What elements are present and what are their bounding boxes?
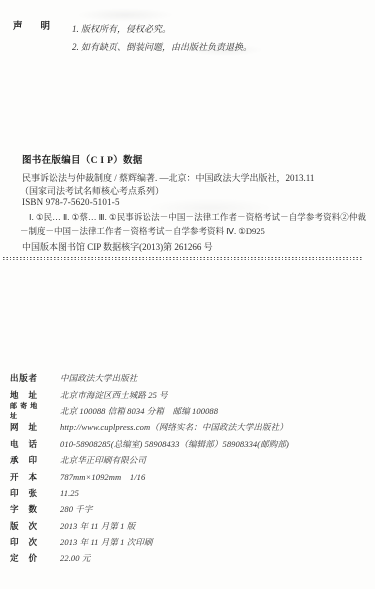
row-value: 11.25 xyxy=(60,488,79,498)
row-value: 北京 100088 信箱 8034 分箱 邮编 100088 xyxy=(60,405,218,417)
row-value: 787mm×1092mm 1/16 xyxy=(60,471,145,483)
row-value: 010-58908285(总编室) 58908433（编辑部）58908334(… xyxy=(60,438,289,450)
declaration-section: 声明 1. 版权所有，侵权必究。 2. 如有缺页、倒装问题，由出版社负责退换。 xyxy=(13,21,252,56)
table-row-printing: 印次 2013 年 11 月第 1 次印刷 xyxy=(10,534,370,550)
table-row-sheets: 印张 11.25 xyxy=(10,485,370,501)
row-value: 2013 年 11 月第 1 次印刷 xyxy=(60,536,153,548)
table-row-format: 开本 787mm×1092mm 1/16 xyxy=(10,468,370,484)
row-value: 2013 年 11 月第 1 版 xyxy=(60,520,135,532)
row-label: 电话 xyxy=(10,439,37,449)
cip-classification: Ⅰ. ①民… Ⅱ. ①蔡… Ⅲ. ①民事诉讼法－中国－法律工作者－资格考试－自学… xyxy=(20,211,366,238)
table-row-printer: 承印 北京华正印刷有限公司 xyxy=(10,452,370,468)
row-label: 印次 xyxy=(10,537,37,547)
table-row-address: 地址 北京市海淀区西土城路 25 号 xyxy=(10,386,370,402)
row-value: 中国政法大学出版社 xyxy=(60,372,137,384)
cip-isbn: ISBN 978-7-5620-5101-5 xyxy=(22,197,120,207)
cip-record-number: 中国版本图书馆 CIP 数据核字(2013)第 261266 号 xyxy=(22,240,213,253)
row-value: 北京华正印刷有限公司 xyxy=(60,454,146,466)
declaration-items: 1. 版权所有，侵权必究。 2. 如有缺页、倒装问题，由出版社负责退换。 xyxy=(72,21,252,56)
row-label: 字数 xyxy=(10,504,37,514)
dotted-divider xyxy=(3,257,363,260)
table-row-publisher: 出版者 中国政法大学出版社 xyxy=(10,370,370,386)
table-row-price: 定价 22.00 元 xyxy=(10,550,370,566)
row-label: 开本 xyxy=(10,472,37,482)
row-label: 邮寄地址 xyxy=(10,401,37,421)
table-row-edition: 版次 2013 年 11 月第 1 版 xyxy=(10,518,370,534)
book-copyright-page: 声明 1. 版权所有，侵权必究。 2. 如有缺页、倒装问题，由出版社负责退换。 … xyxy=(0,0,375,589)
cip-description: 民事诉讼法与仲裁制度 / 蔡辉编著. —北京：中国政法大学出版社，2013.11 xyxy=(22,171,314,184)
row-value: 22.00 元 xyxy=(60,552,90,564)
row-label: 定价 xyxy=(10,553,37,563)
table-row-phone: 电话 010-58908285(总编室) 58908433（编辑部）589083… xyxy=(10,436,370,452)
row-label: 地址 xyxy=(10,390,37,400)
declaration-item-1: 1. 版权所有，侵权必究。 xyxy=(72,21,252,39)
cip-series-name: （国家司法考试名师核心考点系列） xyxy=(20,184,164,197)
row-value: 280 千字 xyxy=(60,503,92,515)
row-label: 承印 xyxy=(10,455,37,465)
table-row-word-count: 字数 280 千字 xyxy=(10,501,370,517)
table-row-website: 网址 http://www.cuplpress.com（网络实名：中国政法大学出… xyxy=(10,419,370,435)
publication-info-table: 出版者 中国政法大学出版社 地址 北京市海淀区西土城路 25 号 邮寄地址 北京… xyxy=(10,370,370,567)
row-value: http://www.cuplpress.com（网络实名：中国政法大学出版社） xyxy=(60,421,288,433)
row-label: 印张 xyxy=(10,488,37,498)
row-value: 北京市海淀区西土城路 25 号 xyxy=(60,389,168,401)
row-label: 版次 xyxy=(10,521,37,531)
declaration-item-2: 2. 如有缺页、倒装问题，由出版社负责退换。 xyxy=(72,39,252,57)
row-label: 出版者 xyxy=(10,373,37,383)
cip-title: 图书在版编目（C I P）数据 xyxy=(22,152,143,166)
row-label: 网址 xyxy=(10,422,37,432)
table-row-mailing-address: 邮寄地址 北京 100088 信箱 8034 分箱 邮编 100088 xyxy=(10,403,370,419)
declaration-label: 声明 xyxy=(13,21,50,56)
